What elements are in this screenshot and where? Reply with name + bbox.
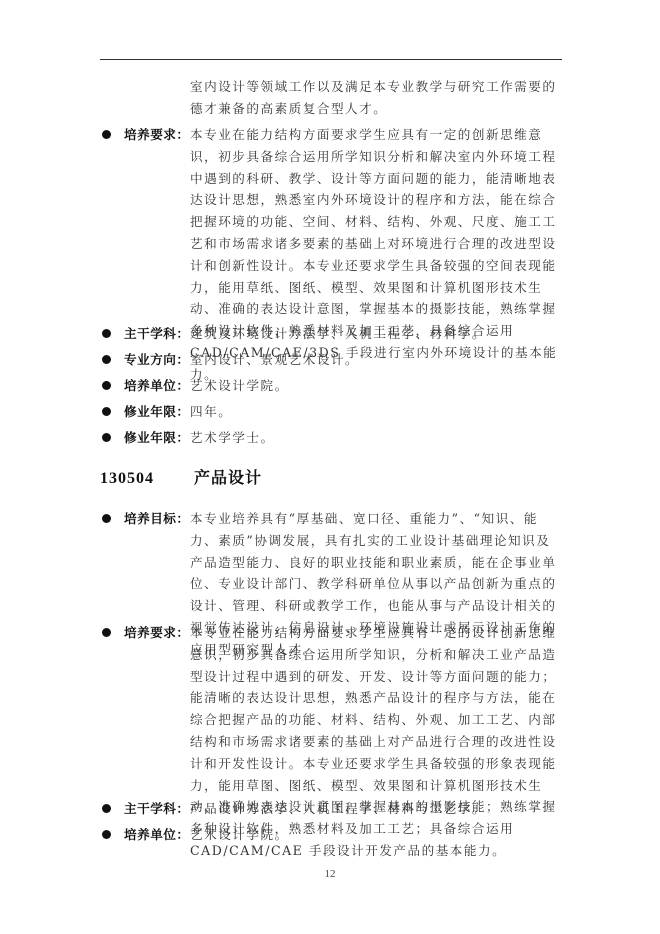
item-label: 修业年限： [124,401,189,423]
bullet-icon [102,830,111,839]
section1-requirements: 培养要求： 本专业在能力结构方面要求学生应具有一定的创新思维意识，初步具备综合运… [100,124,562,386]
bullet-icon [102,130,111,139]
item-text: 四年。 [190,404,232,419]
section1-unit: 培养单位： 艺术设计学院。 [100,375,562,397]
item-label: 培养单位： [124,375,189,397]
bullet-icon [102,329,111,338]
header-rule [100,59,562,60]
list-item: 主干学科： 建筑及环境设计方法学、人机工程学、材料学。 [100,323,562,345]
item-text: 产品设计方法学、人机工程学、材料与工艺学。 [190,801,486,816]
continuation-paragraph: 室内设计等领域工作以及满足本专业教学与研究工作需要的德才兼备的高素质复合型人才。 [100,76,562,120]
item-label: 培养目标： [124,508,189,530]
item-text: 艺术学学士。 [190,430,275,445]
bullet-icon [102,804,111,813]
item-label: 培养单位： [124,824,189,846]
item-label: 修业年限： [124,427,189,449]
major-title: 产品设计 [194,468,262,487]
bullet-icon [102,514,111,523]
item-label: 培养要求： [124,622,189,644]
list-item: 修业年限： 四年。 [100,401,562,423]
bullet-icon [102,407,111,416]
list-item: 专业方向： 室内设计、景观艺术设计。 [100,349,562,371]
item-label: 专业方向： [124,349,189,371]
section-heading: 130504产品设计 [100,465,562,488]
bullet-icon [102,355,111,364]
bullet-icon [102,381,111,390]
item-text: 艺术设计学院。 [190,378,289,393]
section2-unit: 培养单位： 艺术设计学院。 [100,824,562,846]
continuation-text: 室内设计等领域工作以及满足本专业教学与研究工作需要的德才兼备的高素质复合型人才。 [100,76,562,120]
list-item: 培养单位： 艺术设计学院。 [100,824,562,846]
section2-main-disciplines: 主干学科： 产品设计方法学、人机工程学、材料与工艺学。 [100,798,562,820]
list-item: 培养要求： 本专业在能力结构方面要求学生应具有一定的创新思维意识，初步具备综合运… [100,124,562,386]
section1-directions: 专业方向： 室内设计、景观艺术设计。 [100,349,562,371]
bullet-icon [102,433,111,442]
item-label: 主干学科： [124,798,189,820]
item-text: 室内设计、景观艺术设计。 [190,352,359,367]
list-item: 主干学科： 产品设计方法学、人机工程学、材料与工艺学。 [100,798,562,820]
item-label: 主干学科： [124,323,189,345]
page-number: 12 [0,868,660,880]
section1-degree: 修业年限： 艺术学学士。 [100,427,562,449]
item-text: 建筑及环境设计方法学、人机工程学、材料学。 [190,326,486,341]
section1-main-disciplines: 主干学科： 建筑及环境设计方法学、人机工程学、材料学。 [100,323,562,345]
list-item: 修业年限： 艺术学学士。 [100,427,562,449]
item-text: 艺术设计学院。 [190,827,289,842]
list-item: 培养单位： 艺术设计学院。 [100,375,562,397]
major-code: 130504 [100,470,154,487]
item-label: 培养要求： [124,124,189,146]
bullet-icon [102,628,111,637]
section1-duration: 修业年限： 四年。 [100,401,562,423]
